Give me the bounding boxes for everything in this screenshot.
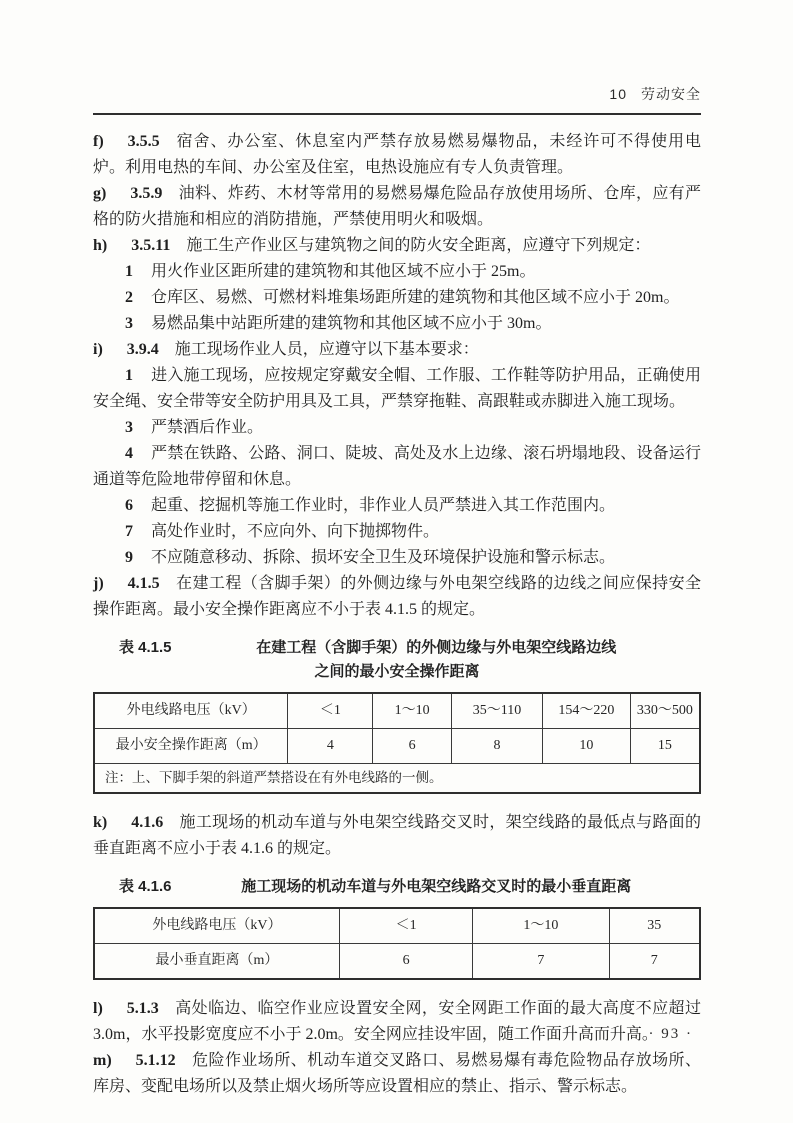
clause-number: 3.5.5 — [128, 133, 160, 150]
paragraph-m: m)5.1.12危险作业场所、机动车道交叉路口、易燃易爆有毒危险物品存放场所、库… — [93, 1048, 701, 1100]
clause-label: h) — [93, 237, 107, 254]
list-item: 1进入施工现场，应按规定穿戴安全帽、工作服、工作鞋等防护用品，正确使用安全绳、安… — [93, 363, 701, 415]
cell: 1～10 — [473, 908, 609, 944]
cell: ＜1 — [288, 693, 373, 729]
list-item: 9不应随意移动、拆除、损坏安全卫生及环境保护设施和警示标志。 — [93, 545, 701, 571]
table-note-row: 注：上、下脚手架的斜道严禁搭设在有外电线路的一侧。 — [94, 764, 700, 794]
body-text: f)3.5.5宿舍、办公室、休息室内严禁存放易燃易爆物品，未经许可不得使用电炉。… — [93, 129, 701, 1100]
cell: 10 — [542, 729, 630, 764]
clause-text: 在建工程（含脚手架）的外侧边缘与外电架空线路的边线之间应保持安全操作距离。最小安… — [93, 575, 701, 618]
item-number: 1 — [125, 367, 133, 384]
item-number: 3 — [125, 419, 133, 436]
list-item: 3严禁酒后作业。 — [93, 415, 701, 441]
clause-label: f) — [93, 133, 104, 150]
row-header: 外电线路电压（kV） — [94, 693, 288, 729]
paragraph-g: g)3.5.9油料、炸药、木材等常用的易燃易爆危险品存放使用场所、仓库，应有严格… — [93, 181, 701, 233]
cell: 154～220 — [542, 693, 630, 729]
clause-label: g) — [93, 185, 106, 202]
cell: 35～110 — [452, 693, 543, 729]
clause-number: 5.1.12 — [136, 1052, 176, 1069]
chapter-number: 10 — [609, 86, 627, 102]
running-header: 10 劳动安全 — [93, 84, 701, 115]
clause-text: 危险作业场所、机动车道交叉路口、易燃易爆有毒危险物品存放场所、库房、变配电场所以… — [93, 1052, 701, 1095]
clause-text: 油料、炸药、木材等常用的易燃易爆危险品存放使用场所、仓库，应有严格的防火措施和相… — [93, 185, 701, 228]
list-item: 1用火作业区距所建的建筑物和其他区域不应小于 25m。 — [93, 259, 701, 285]
table-label: 表 4.1.5 — [119, 636, 172, 660]
table-title-line2: 之间的最小安全操作距离 — [93, 660, 701, 684]
row-header: 外电线路电压（kV） — [94, 908, 339, 944]
item-number: 6 — [125, 497, 133, 514]
clause-text: 高处临边、临空作业应设置安全网，安全网距工作面的最大高度不应超过 3.0m，水平… — [93, 1000, 701, 1043]
item-text: 严禁在铁路、公路、洞口、陡坡、高处及水上边缘、滚石坍塌地段、设备运行通道等危险地… — [93, 445, 701, 488]
cell: 6 — [373, 729, 452, 764]
item-text: 高处作业时，不应向外、向下抛掷物件。 — [151, 523, 439, 540]
clause-text: 施工现场的机动车道与外电架空线路交叉时，架空线路的最低点与路面的垂直距离不应小于… — [93, 814, 701, 857]
document-page: 10 劳动安全 f)3.5.5宿舍、办公室、休息室内严禁存放易燃易爆物品，未经许… — [0, 0, 793, 1123]
clause-label: m) — [93, 1052, 112, 1069]
item-number: 3 — [125, 315, 133, 332]
list-item: 4严禁在铁路、公路、洞口、陡坡、高处及水上边缘、滚石坍塌地段、设备运行通道等危险… — [93, 441, 701, 493]
item-text: 进入施工现场，应按规定穿戴安全帽、工作服、工作鞋等防护用品，正确使用安全绳、安全… — [93, 367, 701, 410]
table-row: 最小安全操作距离（m） 4 6 8 10 15 — [94, 729, 700, 764]
table-4-1-6-caption: 表 4.1.6 施工现场的机动车道与外电架空线路交叉时的最小垂直距离 — [93, 875, 701, 899]
page-content: 10 劳动安全 f)3.5.5宿舍、办公室、休息室内严禁存放易燃易爆物品，未经许… — [93, 84, 701, 1100]
table-4-1-5: 外电线路电压（kV） ＜1 1～10 35～110 154～220 330～50… — [93, 692, 701, 794]
clause-number: 4.1.5 — [128, 575, 160, 592]
clause-label: i) — [93, 341, 103, 358]
paragraph-j: j)4.1.5在建工程（含脚手架）的外侧边缘与外电架空线路的边线之间应保持安全操… — [93, 571, 701, 623]
row-header: 最小安全操作距离（m） — [94, 729, 288, 764]
clause-label: j) — [93, 575, 104, 592]
table-4-1-6: 外电线路电压（kV） ＜1 1～10 35 最小垂直距离（m） 6 7 7 — [93, 907, 701, 980]
clause-number: 4.1.6 — [131, 814, 163, 831]
paragraph-f: f)3.5.5宿舍、办公室、休息室内严禁存放易燃易爆物品，未经许可不得使用电炉。… — [93, 129, 701, 181]
cell: 4 — [288, 729, 373, 764]
list-item: 7高处作业时，不应向外、向下抛掷物件。 — [93, 519, 701, 545]
table-row: 外电线路电压（kV） ＜1 1～10 35～110 154～220 330～50… — [94, 693, 700, 729]
item-number: 7 — [125, 523, 133, 540]
item-number: 2 — [125, 289, 133, 306]
paragraph-i: i)3.9.4施工现场作业人员，应遵守以下基本要求： — [93, 337, 701, 363]
item-text: 不应随意移动、拆除、损坏安全卫生及环境保护设施和警示标志。 — [151, 549, 615, 566]
item-number: 1 — [125, 263, 133, 280]
item-text: 仓库区、易燃、可燃材料堆集场距所建的建筑物和其他区域不应小于 20m。 — [151, 289, 679, 306]
cell: 35 — [609, 908, 700, 944]
clause-number: 3.5.11 — [131, 237, 170, 254]
list-item: 3易燃品集中站距所建的建筑物和其他区域不应小于 30m。 — [93, 311, 701, 337]
cell: 8 — [452, 729, 543, 764]
cell: 1～10 — [373, 693, 452, 729]
item-text: 严禁酒后作业。 — [151, 419, 263, 436]
row-header: 最小垂直距离（m） — [94, 944, 339, 980]
table-title-line1: 在建工程（含脚手架）的外侧边缘与外电架空线路边线 — [172, 636, 701, 660]
clause-number: 3.9.4 — [127, 341, 159, 358]
cell: 15 — [630, 729, 700, 764]
table-title: 施工现场的机动车道与外电架空线路交叉时的最小垂直距离 — [172, 875, 701, 899]
item-text: 用火作业区距所建的建筑物和其他区域不应小于 25m。 — [151, 263, 535, 280]
table-label: 表 4.1.6 — [119, 875, 172, 899]
table-row: 外电线路电压（kV） ＜1 1～10 35 — [94, 908, 700, 944]
item-text: 起重、挖掘机等施工作业时，非作业人员严禁进入其工作范围内。 — [151, 497, 615, 514]
cell: 7 — [473, 944, 609, 980]
cell: 6 — [339, 944, 472, 980]
clause-text: 宿舍、办公室、休息室内严禁存放易燃易爆物品，未经许可不得使用电炉。利用电热的车间… — [93, 133, 701, 176]
cell: 330～500 — [630, 693, 700, 729]
page-number: · 93 · — [649, 1026, 694, 1043]
item-number: 9 — [125, 549, 133, 566]
paragraph-h: h)3.5.11施工生产作业区与建筑物之间的防火安全距离，应遵守下列规定： — [93, 233, 701, 259]
clause-text: 施工生产作业区与建筑物之间的防火安全距离，应遵守下列规定： — [186, 237, 650, 254]
clause-label: l) — [93, 1000, 103, 1017]
chapter-title: 劳动安全 — [641, 84, 701, 104]
list-item: 6起重、挖掘机等施工作业时，非作业人员严禁进入其工作范围内。 — [93, 493, 701, 519]
item-number: 4 — [125, 445, 133, 462]
table-row: 最小垂直距离（m） 6 7 7 — [94, 944, 700, 980]
table-note: 注：上、下脚手架的斜道严禁搭设在有外电线路的一侧。 — [94, 764, 700, 794]
clause-number: 5.1.3 — [127, 1000, 159, 1017]
paragraph-k: k)4.1.6施工现场的机动车道与外电架空线路交叉时，架空线路的最低点与路面的垂… — [93, 810, 701, 862]
clause-text: 施工现场作业人员，应遵守以下基本要求： — [175, 341, 479, 358]
clause-label: k) — [93, 814, 107, 831]
cell: ＜1 — [339, 908, 472, 944]
clause-number: 3.5.9 — [130, 185, 162, 202]
cell: 7 — [609, 944, 700, 980]
list-item: 2仓库区、易燃、可燃材料堆集场距所建的建筑物和其他区域不应小于 20m。 — [93, 285, 701, 311]
table-4-1-5-caption: 表 4.1.5 在建工程（含脚手架）的外侧边缘与外电架空线路边线 — [93, 636, 701, 660]
item-text: 易燃品集中站距所建的建筑物和其他区域不应小于 30m。 — [151, 315, 551, 332]
paragraph-l: l)5.1.3高处临边、临空作业应设置安全网，安全网距工作面的最大高度不应超过 … — [93, 996, 701, 1048]
